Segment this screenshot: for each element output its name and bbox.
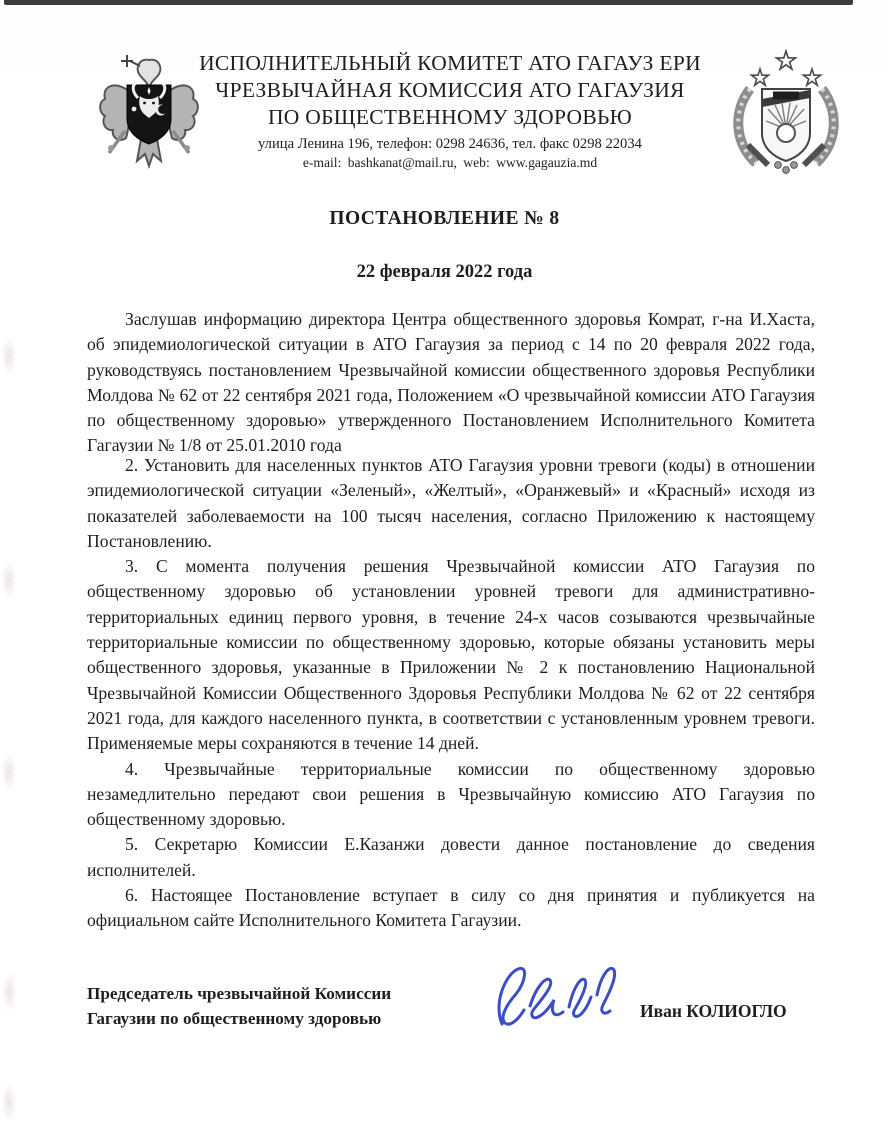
document-page: ИСПОЛНИТЕЛЬНЫЙ КОМИТЕТ АТО ГАГАУЗ ЕРИ ЧР… xyxy=(0,0,889,1141)
scan-edge-artifact xyxy=(4,0,853,5)
scan-smudge xyxy=(1,972,17,1012)
scan-smudge xyxy=(1,1082,17,1122)
paragraph-item-2: 2. Установить для населенных пунктов АТО… xyxy=(87,453,815,554)
signer-position-line-2: Гагаузии по общественному здоровью xyxy=(87,1007,487,1032)
document-title: ПОСТАНОВЛЕНИЕ № 8 xyxy=(0,208,889,230)
gagauzia-coat-of-arms-icon xyxy=(722,45,852,185)
document-body: Заслушав информацию директора Центра общ… xyxy=(87,307,815,934)
contact-line: e-mail: bashkanat@mail.ru, web: www.gaga… xyxy=(190,154,710,172)
scan-smudge xyxy=(1,560,17,600)
org-name-line-1: ИСПОЛНИТЕЛЬНЫЙ КОМИТЕТ АТО ГАГАУЗ ЕРИ xyxy=(190,50,710,77)
signer-name: Иван КОЛИОГЛО xyxy=(640,1001,787,1022)
signature-block: Председатель чрезвычайной Комиссии Гагау… xyxy=(87,982,815,1031)
signer-position-line-1: Председатель чрезвычайной Комиссии xyxy=(87,982,487,1007)
paragraph-item-3: 3. С момента получения решения Чрезвычай… xyxy=(87,554,815,756)
handwritten-signature xyxy=(482,958,642,1053)
org-name-line-3: ПО ОБЩЕСТВЕННОМУ ЗДОРОВЬЮ xyxy=(190,104,710,131)
signer-position: Председатель чрезвычайной Комиссии Гагау… xyxy=(87,982,487,1031)
paragraph-preamble: Заслушав информацию директора Центра общ… xyxy=(87,307,815,453)
address-line: улица Ленина 196, телефон: 0298 24636, т… xyxy=(190,134,710,154)
scan-smudge xyxy=(1,336,17,376)
paragraph-item-6: 6. Настоящее Постановление вступает в си… xyxy=(87,883,815,934)
paragraph-item-5: 5. Секретарю Комиссии Е.Казанжи довести … xyxy=(87,832,815,883)
document-date: 22 февраля 2022 года xyxy=(0,262,889,283)
moldova-coat-of-arms-icon xyxy=(93,47,205,175)
org-name-line-2: ЧРЕЗВЫЧАЙНАЯ КОМИССИЯ АТО ГАГАУЗИЯ xyxy=(190,77,710,104)
paragraph-item-4: 4. Чрезвычайные территориальные комиссии… xyxy=(87,757,815,833)
scan-smudge xyxy=(1,752,17,792)
